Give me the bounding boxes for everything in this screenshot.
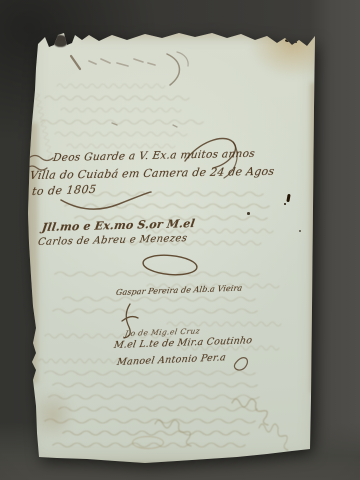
edge-dark-spot (294, 41, 297, 43)
body-line-2: Villa do Cuiabá em Camera de 24 de Agos (29, 165, 275, 182)
edge-dark-spot (285, 39, 290, 42)
paper-stain-top-right (223, 24, 323, 102)
photo-backdrop: Deos Guarde a V. Ex.a muitos annos Villa… (0, 0, 360, 480)
paper-tear-hole (53, 35, 68, 47)
manuscript-paper: Deos Guarde a V. Ex.a muitos annos Villa… (27, 28, 319, 464)
ghost-lines (35, 84, 288, 450)
top-arc-mark (167, 54, 179, 85)
signature-paraph (234, 358, 247, 370)
tiny-ticks (112, 123, 177, 127)
paper-stain-top-edge (82, 28, 292, 43)
body-line-1: Deos Guarde a V. Ex.a muitos annos (52, 148, 256, 164)
top-arc-mark-2 (177, 52, 188, 66)
ink-blot (286, 194, 290, 202)
paper-stain-bottom-left (31, 388, 75, 442)
countersign-note: J.o de Mig.el Cruz (124, 326, 201, 338)
ink-speck (284, 203, 286, 205)
address-line-1: Jll.mo e Ex.mo S.or M.el (41, 217, 196, 234)
top-stray-marks (89, 59, 155, 66)
ink-speck (247, 212, 250, 215)
top-stray-stroke (71, 56, 80, 69)
rubric-oval (142, 253, 197, 277)
paper-stain-left-edge (27, 123, 38, 383)
signature-primary: Gaspar Pereira de Alb.a Vieira (115, 284, 243, 297)
body-line-3: to de 1805 (31, 183, 97, 198)
paper-shadow-wrap: Deos Guarde a V. Ex.a muitos annos Villa… (0, 0, 360, 480)
paper-stain-right-edge (310, 83, 319, 393)
signature-third: Manoel Antonio Per.a (116, 352, 227, 368)
ink-speck (299, 230, 301, 232)
address-line-2: Carlos de Abreu e Menezes (37, 233, 188, 248)
paper-stain-ring (132, 436, 164, 449)
